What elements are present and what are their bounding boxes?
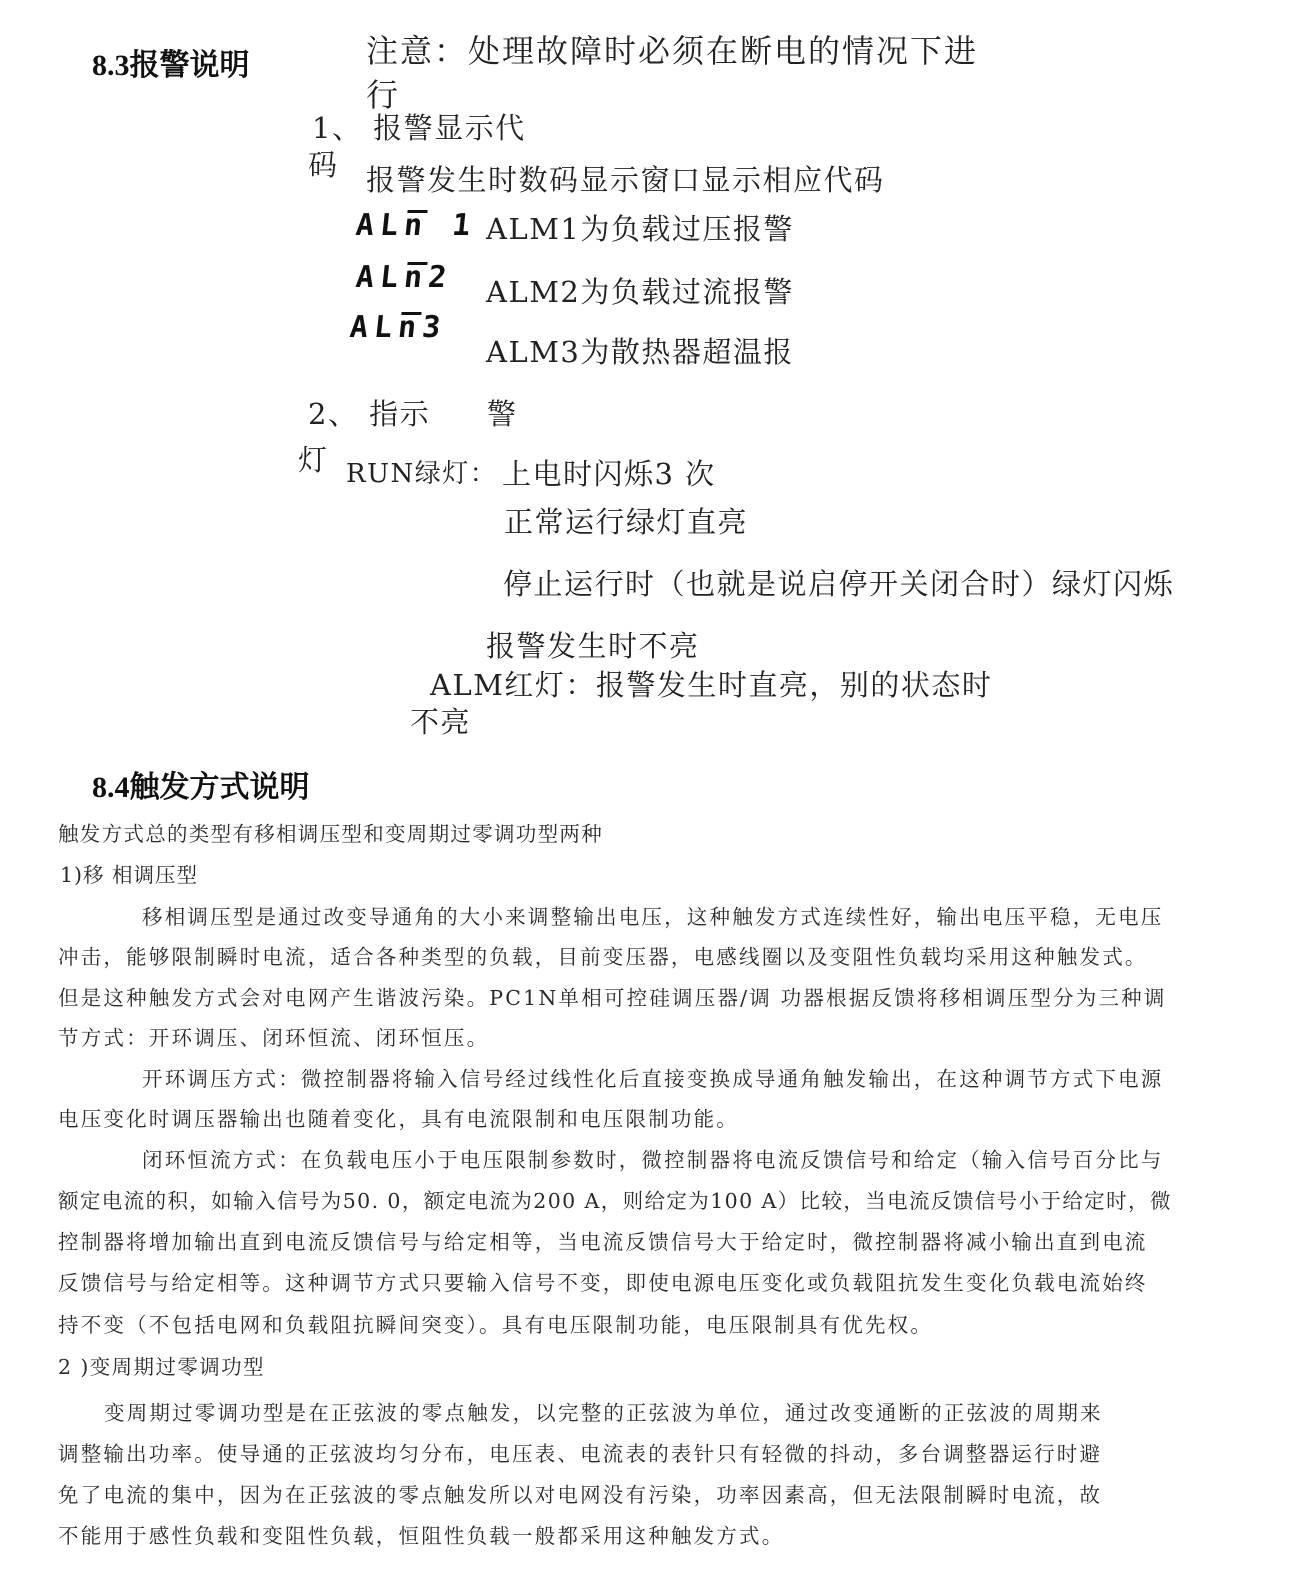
sub1-line-6: 电压变化时调压器输出也随着变化，具有电流限制和电压限制功能。 bbox=[58, 1102, 739, 1132]
sub1-line-3: 但是这种触发方式会对电网产生谐波污染。PC1N单相可控硅调压器/调 功器根据反馈… bbox=[58, 981, 1167, 1011]
section-heading-8-3: 8.3报警说明 bbox=[92, 40, 250, 84]
run-state-3: 停止运行时（也就是说启停开关闭合时）绿灯闪烁 bbox=[503, 562, 1174, 603]
run-state-2: 正常运行绿灯直亮 bbox=[504, 500, 748, 541]
alarm-code-display-3: ALn3 bbox=[348, 310, 448, 345]
alarm-code-display-1: ALn 1 bbox=[354, 208, 478, 243]
alarm-desc-1: ALM1为负载过压报警 bbox=[486, 207, 794, 248]
item-1-description: 报警发生时数码显示窗口显示相应代码 bbox=[366, 158, 885, 199]
sub1-line-7: 闭环恒流方式：在负载电压小于电压限制参数时，微控制器将电流反馈信号和给定（输入信… bbox=[142, 1143, 1164, 1173]
sub2-line-1: 变周期过零调功型是在正弦波的零点触发，以完整的正弦波为单位，通过改变通断的正弦波… bbox=[104, 1396, 1103, 1426]
item-2-title: 2、 指示 bbox=[308, 392, 430, 433]
item-1-title-cont: 码 bbox=[308, 143, 339, 184]
sub1-line-1: 移相调压型是通过改变导通角的大小来调整输出电压，这种触发方式连续性好，输出电压平… bbox=[142, 900, 1164, 930]
notice-line-1: 注意：处理故障时必须在断电的情况下进 bbox=[366, 26, 978, 72]
sub1-line-2: 冲击，能够限制瞬时电流，适合各种类型的负载，目前变压器，电感线圈以及变阻性负载均… bbox=[58, 940, 1148, 970]
sub1-line-10: 反馈信号与给定相等。这种调节方式只要输入信号不变，即使电源电压变化或负载阻抗发生… bbox=[58, 1266, 1148, 1296]
sub2-line-4: 不能用于感性负载和变阻性负载，恒阻性负载一般都采用这种触发方式。 bbox=[58, 1519, 784, 1549]
sub1-line-8: 额定电流的积，如输入信号为50. 0，额定电流为200 A，则给定为100 A）… bbox=[58, 1184, 1172, 1214]
alm-led-line-2: 不亮 bbox=[410, 700, 471, 741]
subsection-1-title: 1)移 相调压型 bbox=[60, 858, 198, 888]
section-heading-8-4: 8.4触发方式说明 bbox=[92, 762, 310, 806]
run-state-4: 报警发生时不亮 bbox=[486, 624, 700, 665]
subsection-2-title: 2 )变周期过零调功型 bbox=[58, 1350, 265, 1380]
trigger-intro: 触发方式总的类型有移相调压型和变周期过零调功型两种 bbox=[58, 817, 603, 847]
sub1-line-9: 控制器将增加输出直到电流反馈信号与给定相等，当电流反馈信号大于给定时，微控制器将… bbox=[58, 1225, 1148, 1255]
alarm-desc-2: ALM2为负载过流报警 bbox=[486, 270, 794, 311]
sub2-line-3: 免了电流的集中，因为在正弦波的零点触发所以对电网没有污染，功率因素高，但无法限制… bbox=[58, 1478, 1102, 1508]
sub1-line-11: 持不变（不包括电网和负载阻抗瞬间突变）。具有电压限制功能，电压限制具有优先权。 bbox=[58, 1308, 933, 1338]
item-1-title: 1、 报警显示代 bbox=[312, 106, 526, 147]
run-led-label: RUN绿灯： bbox=[346, 453, 497, 490]
alarm-code-display-2: ALn2 bbox=[354, 260, 454, 295]
run-state-1: 上电时闪烁3 次 bbox=[502, 452, 716, 493]
alm-led-line-1: ALM红灯：报警发生时直亮，别的状态时 bbox=[430, 663, 992, 704]
sub2-line-2: 调整输出功率。使导通的正弦波均匀分布，电压表、电流表的表针只有轻微的抖动，多台调… bbox=[58, 1437, 1102, 1467]
sub1-line-4: 节方式：开环调压、闭环恒流、闭环恒压。 bbox=[58, 1021, 489, 1051]
sub1-line-5: 开环调压方式：微控制器将输入信号经过线性化后直接变换成导通角触发输出，在这种调节… bbox=[142, 1062, 1164, 1092]
alarm-desc-3: ALM3为散热器超温报 bbox=[486, 330, 794, 371]
item-2-title-cont: 灯 bbox=[298, 438, 329, 479]
item-2-title-part: 警 bbox=[487, 392, 518, 433]
